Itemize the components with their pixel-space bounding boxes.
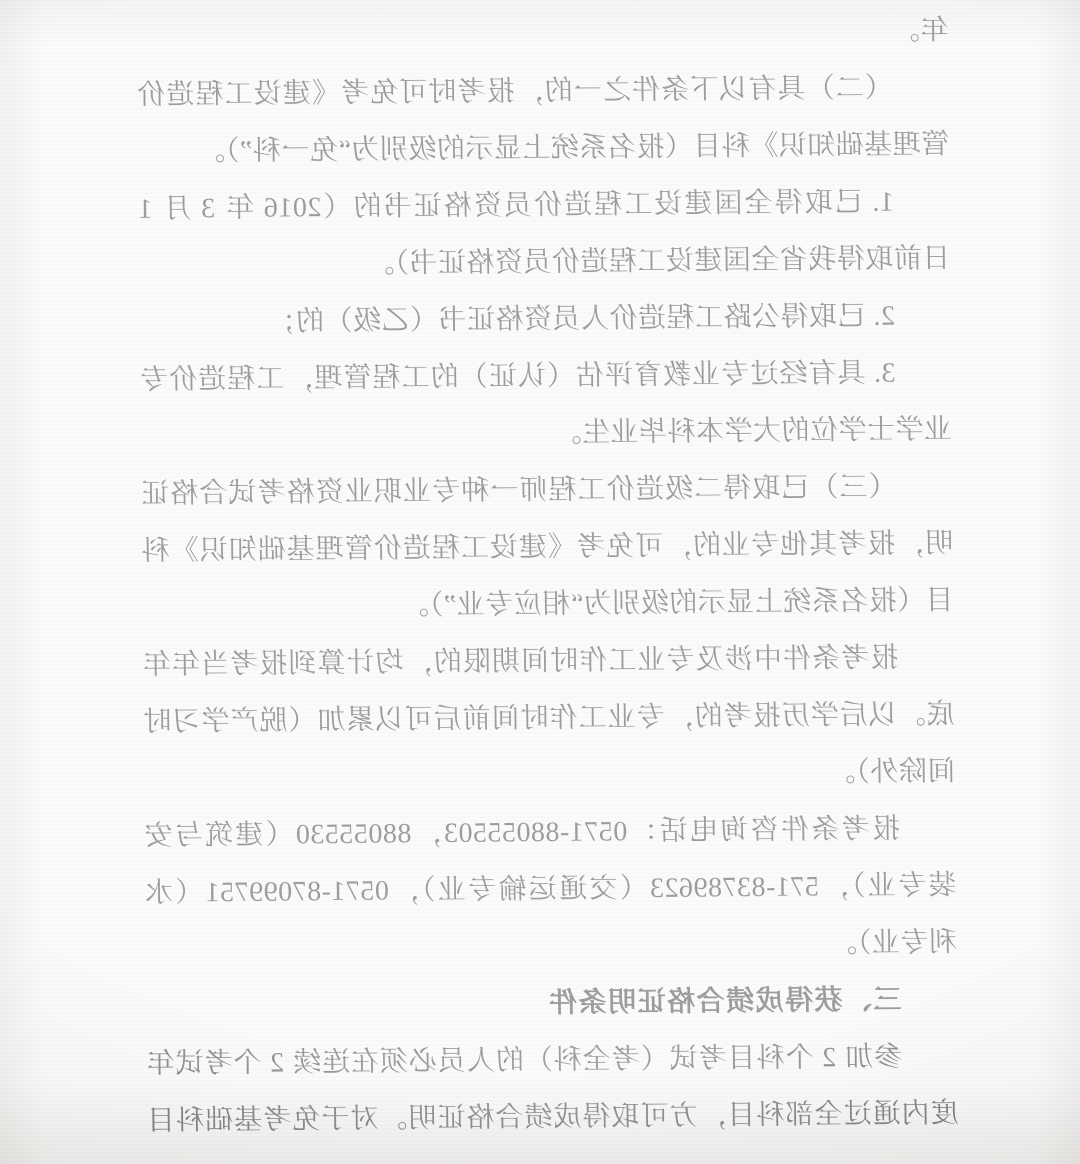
text-line: （三）已取得二级造价工程师一种专业职业资格考试合格证 [140, 458, 953, 523]
text-line: 报考条件咨询电话：0571-88055503，88055530（建筑与安 [144, 800, 957, 865]
text-line: 明，报考其他专业的，可免考《建设工程造价管理基础知识》科 [141, 515, 954, 580]
text-line: 利专业）。 [145, 914, 958, 979]
text-line: 参加 2 个科目考试（考全科）的人员必须在连续 2 个考试年 [146, 1028, 959, 1093]
text-line: 度内通过全部科目，方可取得成绩合格证明。对于免考基础科目 [146, 1085, 959, 1150]
text-line: 2. 已取得公路工程造价人员资格证书（乙级）的； [139, 287, 952, 352]
text-line: 报考条件中涉及专业工作时间期限的，均计算到报考当年年 [142, 629, 955, 694]
text-line: 年。 [136, 2, 949, 67]
section-heading: 三、获得成绩合格证明条件 [145, 971, 958, 1036]
text-line: 1. 已取得全国建设工程造价员资格证书的（2016 年 3 月 1 [138, 173, 951, 238]
text-line: 目（报名系统上显示的级别为“相应专业”）。 [141, 572, 954, 637]
text-line: 底。以后学历报考的，专业工作时间前后可以累加（脱产学习时 [143, 686, 956, 751]
text-line: （二）具有以下条件之一的，报考时可免考《建设工程造价 [137, 59, 950, 124]
text-line: 日前取得我省全国建设工程造价员资格证书）。 [138, 230, 951, 295]
text-line: 管理基础知识》科目（报名系统上显示的级别为“免一科”）。 [137, 116, 950, 181]
text-line: 装专业），571-83789623（交通运输专业），0571-87099751（… [144, 857, 957, 922]
text-line: 3. 具有经过专业教育评估（认证）的工程管理，工程造价专 [139, 344, 952, 409]
document-text-column: 年。（二）具有以下条件之一的，报考时可免考《建设工程造价管理基础知识》科目（报名… [136, 2, 959, 1150]
text-line: 业学士学位的大学本科毕业生。 [140, 401, 953, 466]
text-line: 间除外）。 [143, 743, 956, 808]
document-page: 年。（二）具有以下条件之一的，报考时可免考《建设工程造价管理基础知识》科目（报名… [0, 0, 1080, 1164]
